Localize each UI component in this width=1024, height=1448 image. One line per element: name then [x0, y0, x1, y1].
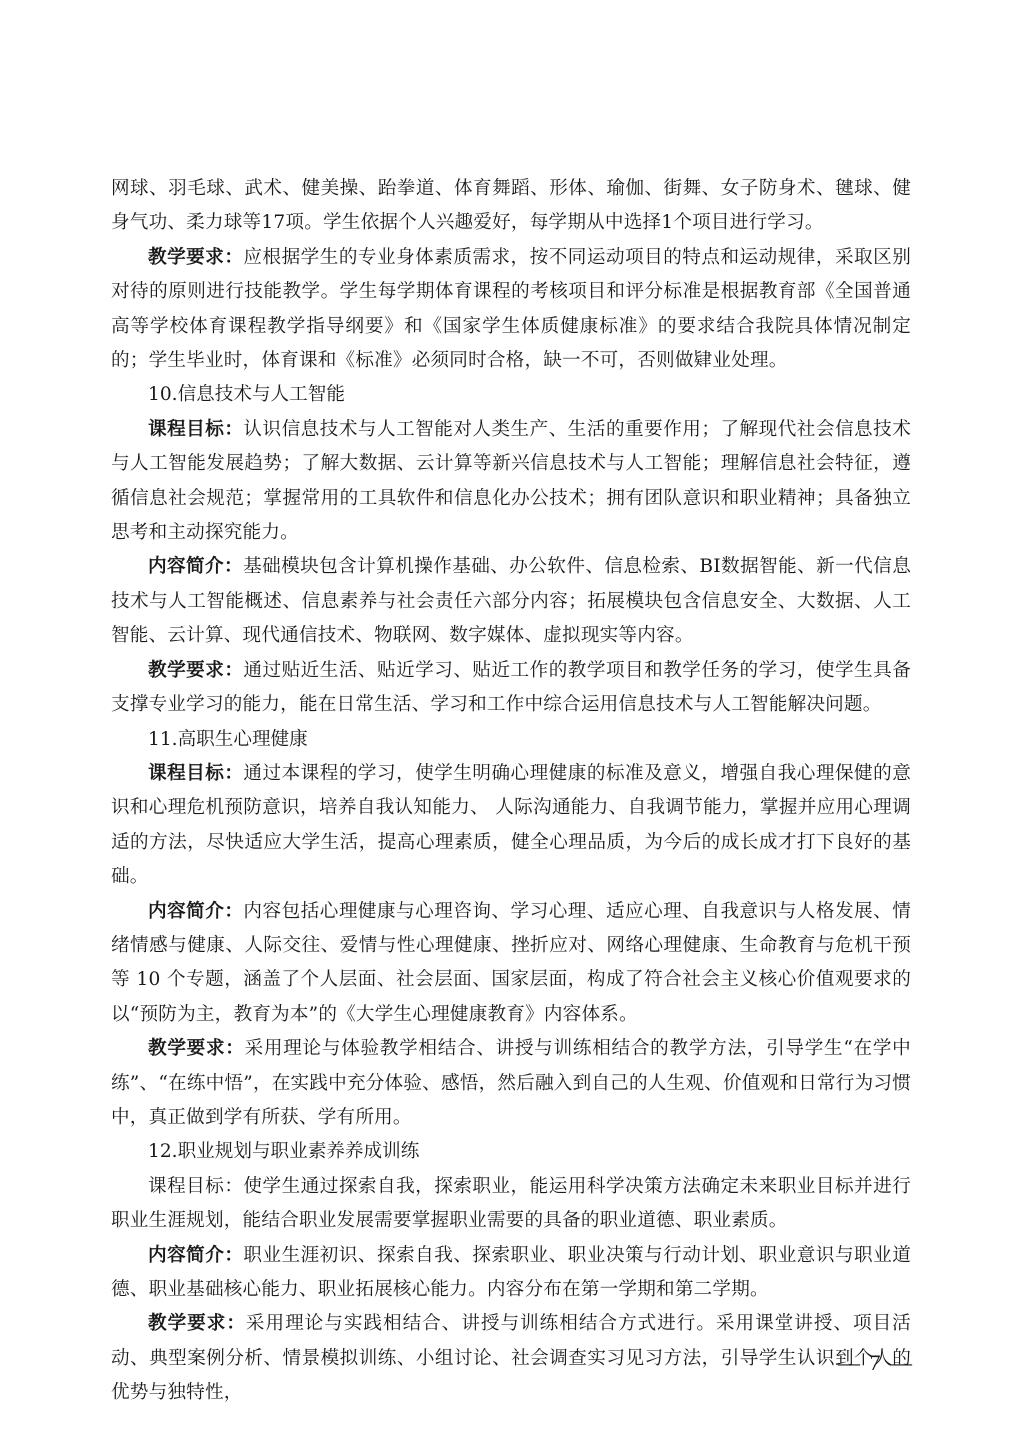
- section-12-content-paragraph: 内容简介：职业生涯初识、探索自我、探索职业、职业决策与行动计划、职业意识与职业道…: [111, 1239, 911, 1308]
- section-11-goal-label: 课程目标：: [148, 763, 243, 784]
- section-12-requirement-label: 教学要求：: [148, 1313, 246, 1334]
- section-11-goal-paragraph: 课程目标：通过本课程的学习，使学生明确心理健康的标准及意义，增强自我心理保健的意…: [111, 757, 911, 895]
- section-10-requirement-label: 教学要求：: [148, 660, 243, 681]
- section-10-goal-paragraph: 课程目标：认识信息技术与人工智能对人类生产、生活的重要作用；了解现代社会信息技术…: [111, 413, 911, 551]
- section-10-title: 10.信息技术与人工智能: [111, 378, 911, 412]
- section-11-content-paragraph: 内容简介：内容包括心理健康与心理咨询、学习心理、适应心理、自我意识与人格发展、情…: [111, 895, 911, 1033]
- section-10-goal-label: 课程目标：: [148, 419, 243, 440]
- section-11-requirement-paragraph: 教学要求：采用理论与体验教学相结合、讲授与训练相结合的教学方法，引导学生“在学中…: [111, 1032, 911, 1135]
- section-11-content-label: 内容简介：: [148, 901, 243, 922]
- section-11-requirement-label: 教学要求：: [148, 1038, 245, 1059]
- section-12-content-label: 内容简介：: [148, 1245, 243, 1266]
- section-10-requirement-paragraph: 教学要求：通过贴近生活、贴近学习、贴近工作的教学项目和教学任务的学习，使学生具备…: [111, 654, 911, 723]
- pe-requirement-label: 教学要求：: [148, 247, 243, 268]
- intro-continuation-paragraph: 网球、羽毛球、武术、健美操、跆拳道、体育舞蹈、形体、瑜伽、街舞、女子防身术、毽球…: [111, 172, 911, 241]
- pe-requirement-paragraph: 教学要求：应根据学生的专业身体素质需求，按不同运动项目的特点和运动规律，采取区别…: [111, 241, 911, 379]
- document-body: 网球、羽毛球、武术、健美操、跆拳道、体育舞蹈、形体、瑜伽、街舞、女子防身术、毽球…: [111, 172, 911, 1411]
- section-10-content-label: 内容简介：: [148, 556, 243, 577]
- page-number: — 7 —: [838, 1350, 914, 1376]
- section-12-requirement-paragraph: 教学要求：采用理论与实践相结合、讲授与训练相结合方式进行。采用课堂讲授、项目活动…: [111, 1307, 911, 1410]
- section-12-goal-label: 课程目标：: [148, 1176, 243, 1197]
- section-12-title: 12.职业规划与职业素养养成训练: [111, 1135, 911, 1169]
- section-10-content-paragraph: 内容简介：基础模块包含计算机操作基础、办公软件、信息检索、BI数据智能、新一代信…: [111, 550, 911, 653]
- section-12-goal-paragraph: 课程目标：使学生通过探索自我，探索职业，能运用科学决策方法确定未来职业目标并进行…: [111, 1170, 911, 1239]
- section-11-title: 11.高职生心理健康: [111, 723, 911, 757]
